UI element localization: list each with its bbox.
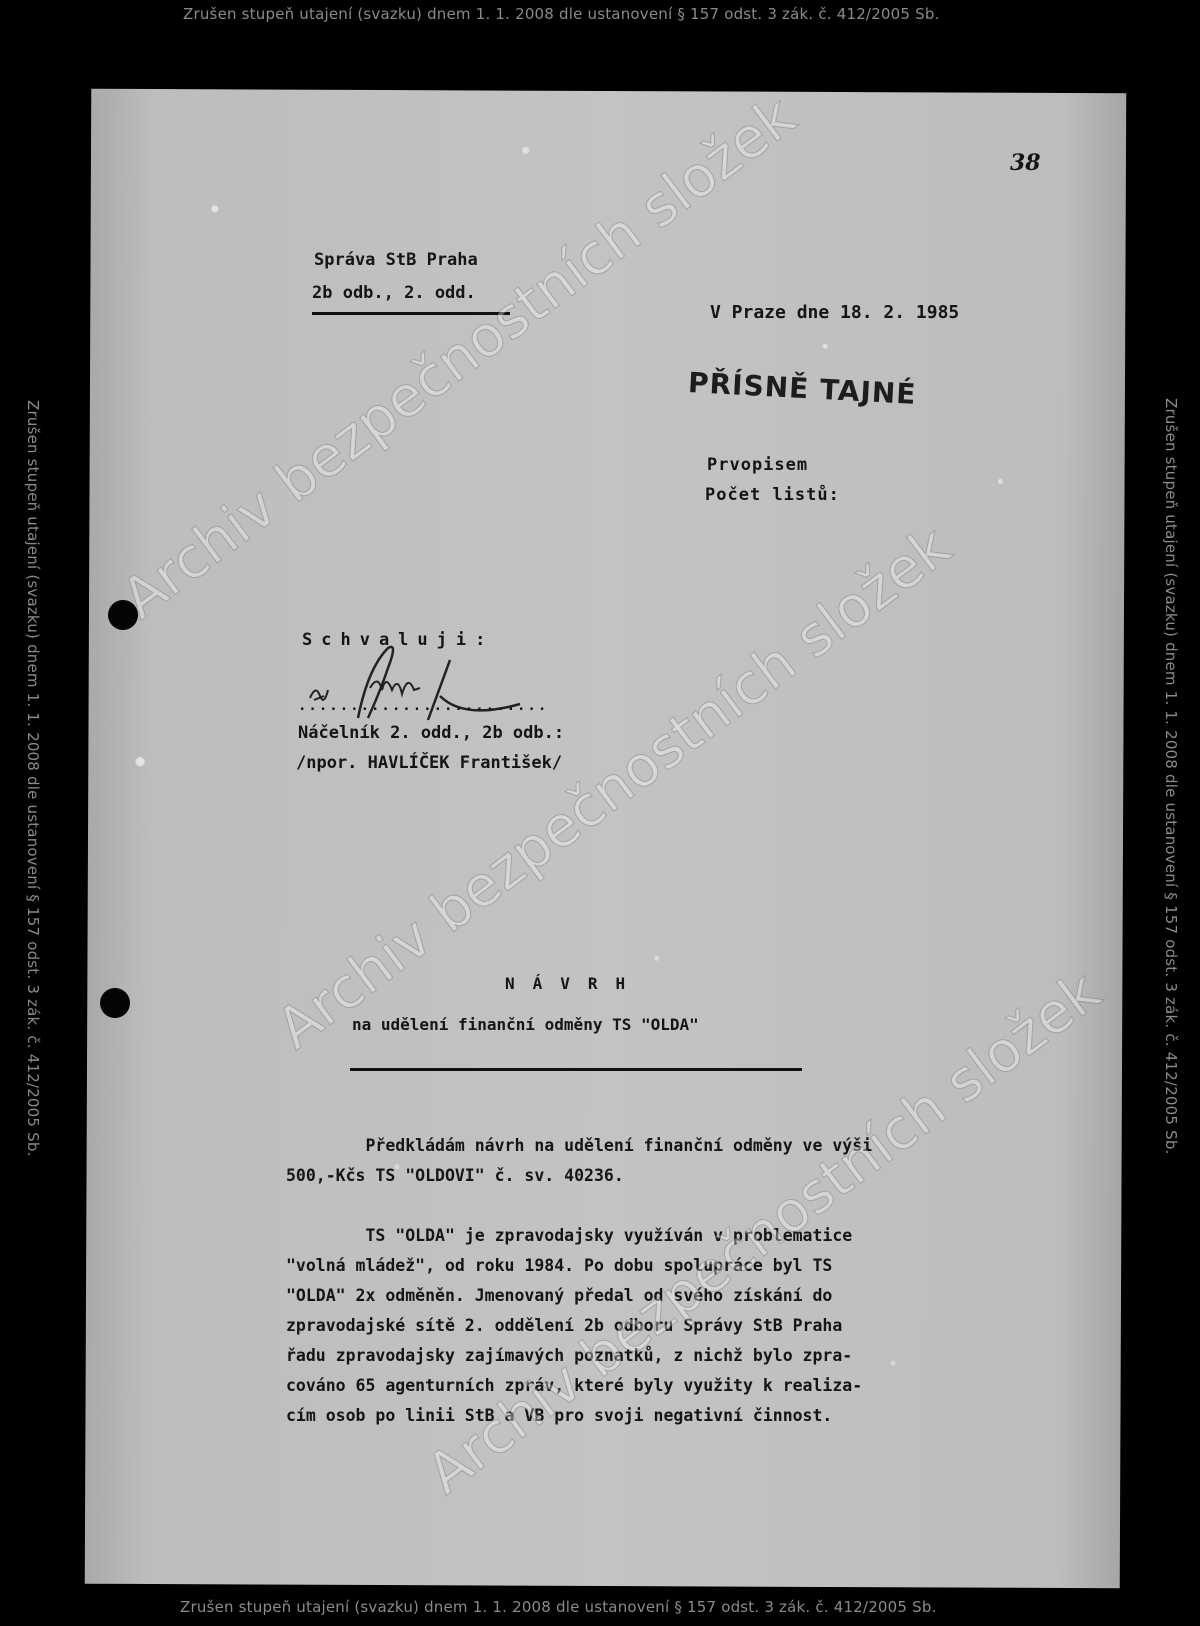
chief-title: Náčelník 2. odd., 2b odb.:: [298, 723, 564, 743]
sheet-count-label: Počet listů:: [705, 485, 840, 505]
declassification-notice-top: Zrušen stupeň utajení (svazku) dnem 1. 1…: [183, 5, 940, 23]
declassification-notice-right: Zrušen stupeň utajení (svazku) dnem 1. 1…: [1162, 398, 1180, 1155]
office-name: Správa StB Praha: [314, 250, 478, 270]
declassification-notice-left: Zrušen stupeň utajení (svazku) dnem 1. 1…: [24, 400, 42, 1157]
signature-line: ........................: [298, 698, 548, 714]
title-underline: [350, 1068, 802, 1071]
document-date: V Praze dne 18. 2. 1985: [710, 302, 959, 323]
office-department: 2b odb., 2. odd.: [312, 283, 476, 303]
declassification-notice-bottom: Zrušen stupeň utajení (svazku) dnem 1. 1…: [180, 1598, 937, 1616]
punch-hole-icon: [100, 988, 130, 1018]
copy-label: Prvopisem: [707, 455, 808, 475]
signature-icon: [300, 640, 530, 730]
document-subtitle: na udělení finanční odměny TS "OLDA": [352, 1015, 699, 1034]
chief-name: /npor. HAVLÍČEK František/: [296, 753, 562, 773]
page-number: 38: [1010, 150, 1041, 176]
document-title: NÁVRH: [505, 974, 643, 993]
